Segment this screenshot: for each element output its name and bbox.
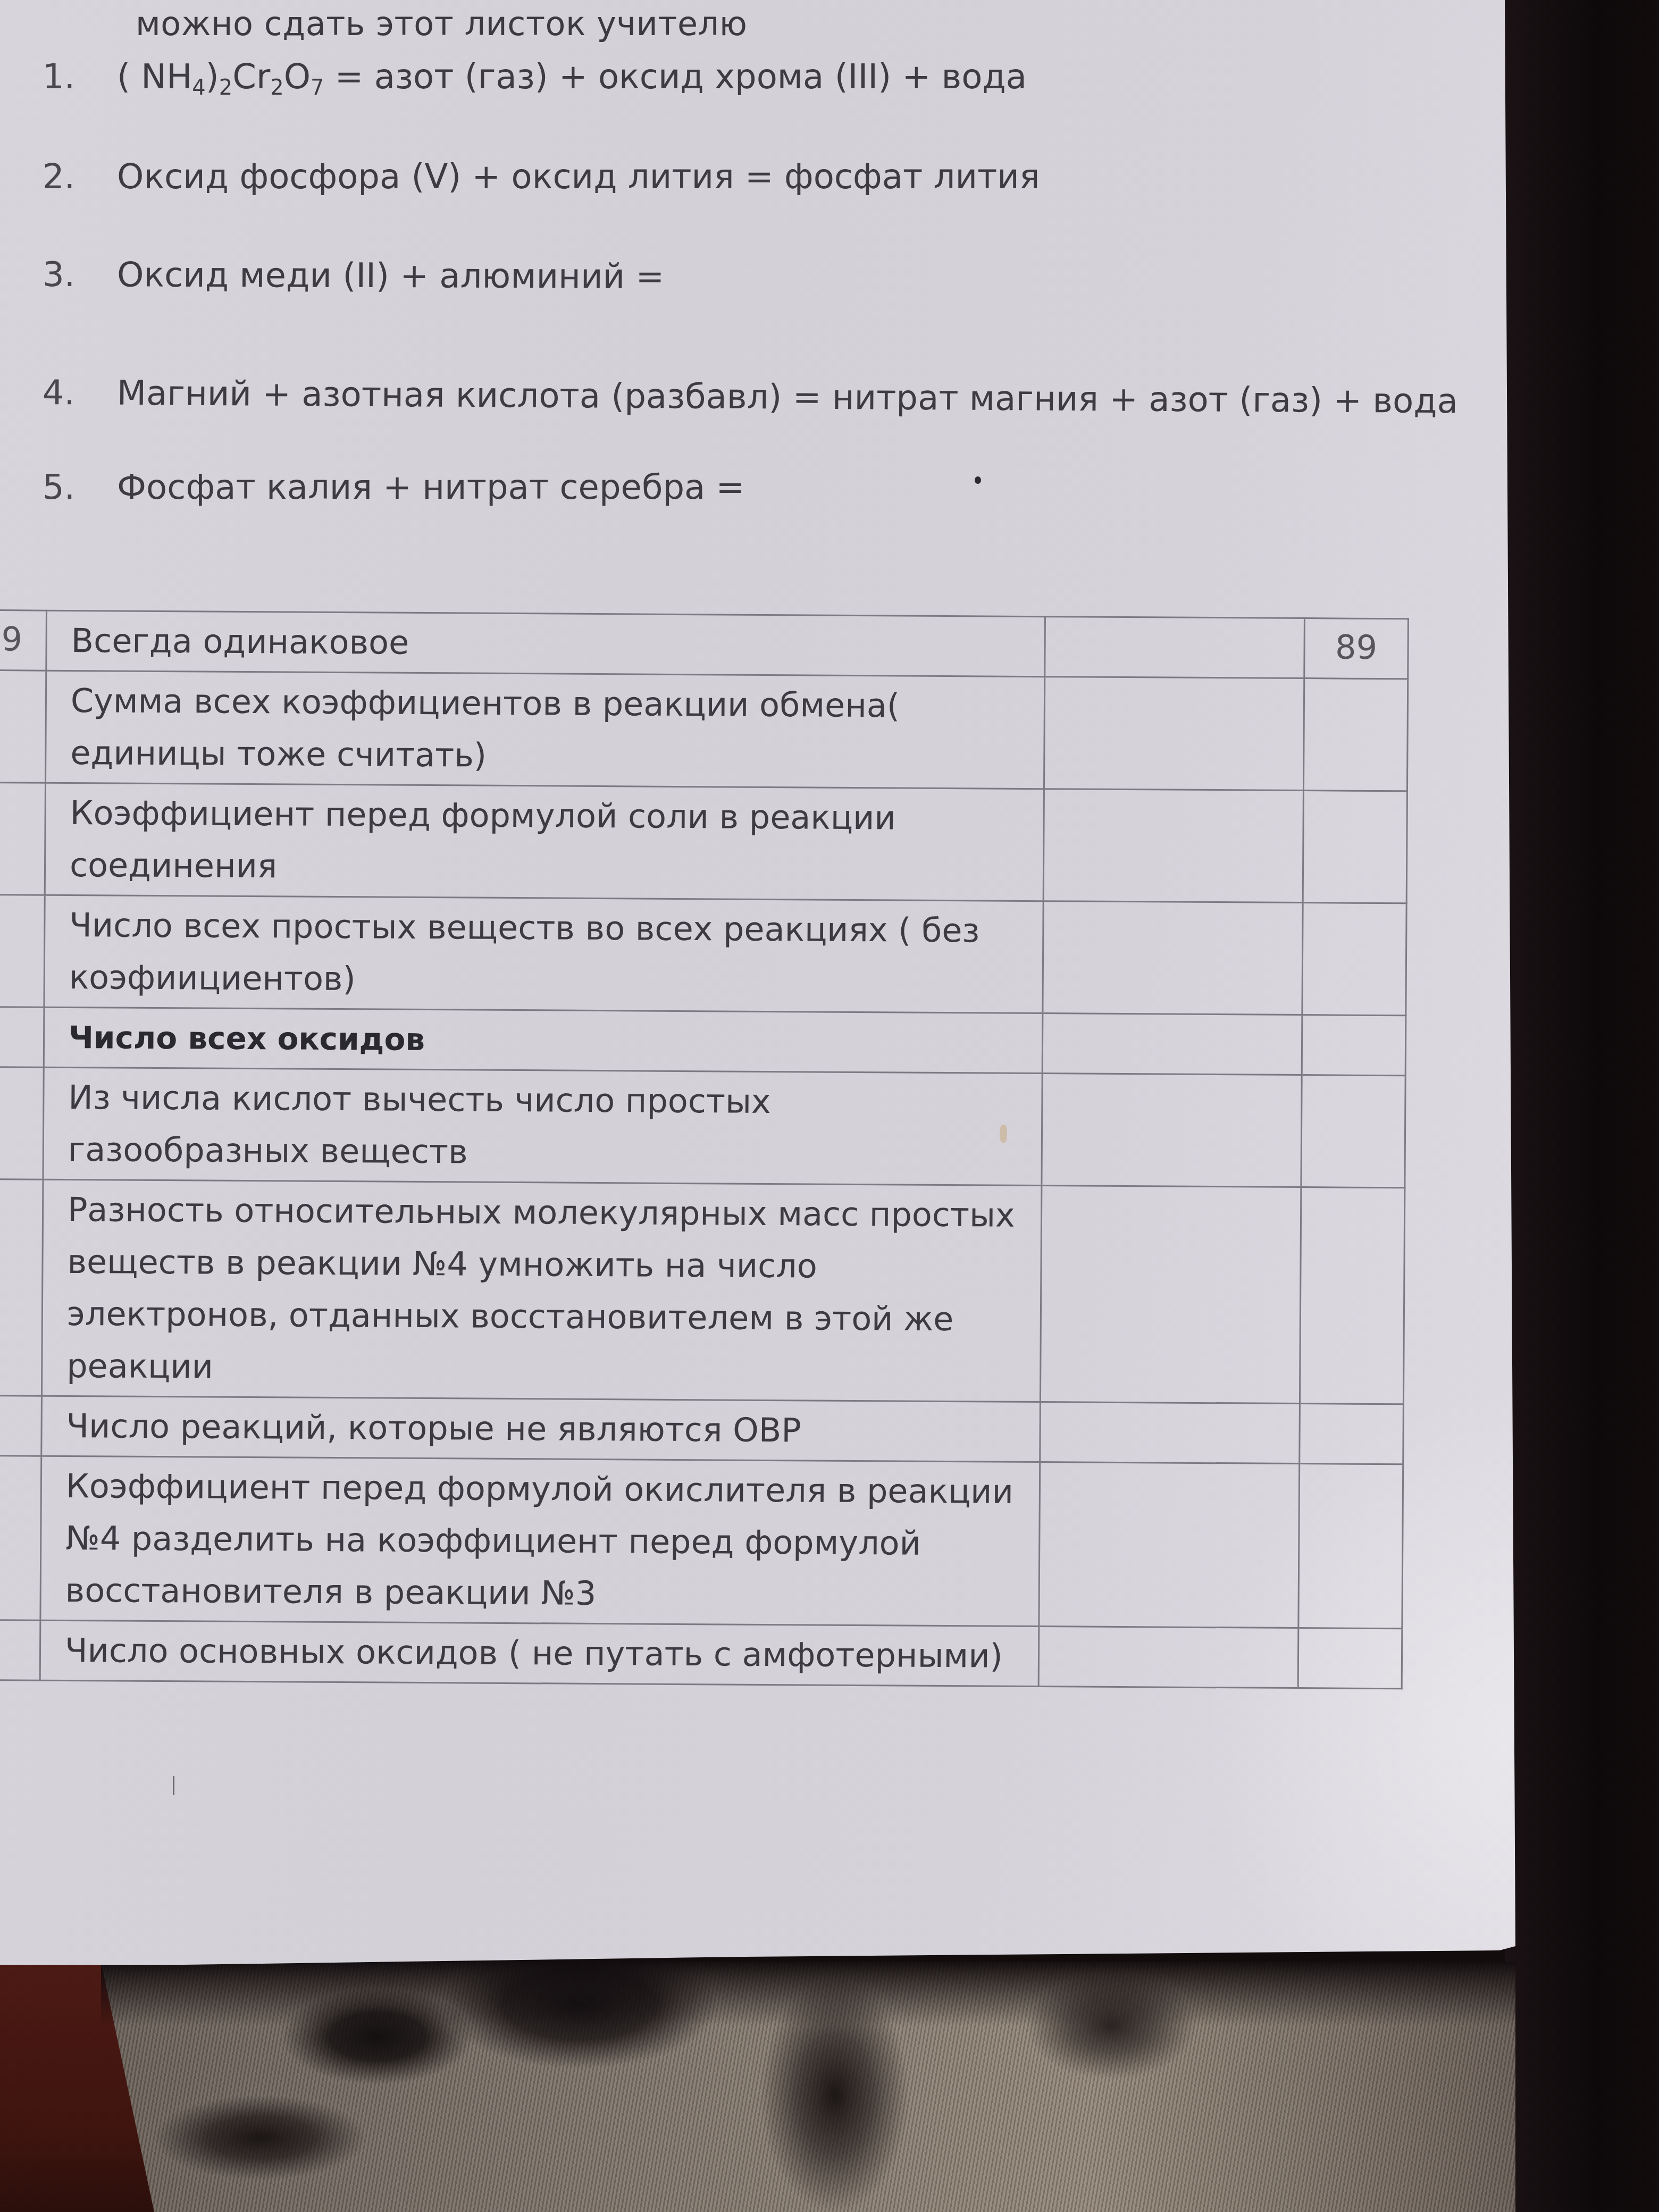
reaction-text: Оксид меди (II) + алюминий = [117, 255, 664, 297]
code-cell [1302, 903, 1406, 1016]
code-cell [1300, 1404, 1404, 1464]
answer-cell[interactable] [1038, 1627, 1298, 1688]
answer-cell[interactable] [1042, 1074, 1302, 1187]
task-cell: Число реакций, которые не являются ОВР [41, 1396, 1041, 1462]
paper-stain [1000, 1125, 1007, 1143]
table-row: Число реакций, которые не являются ОВР [0, 1395, 1403, 1464]
row-index-cell [0, 1179, 43, 1396]
pen-mark [173, 1776, 174, 1795]
answer-cell[interactable] [1039, 1462, 1300, 1628]
reaction-text: = азот (газ) + оксид хрома (III) + вода [324, 57, 1026, 97]
table-row: Сумма всех коэффициентов в реакции обмен… [0, 671, 1408, 791]
task-cell: Число всех оксидов [44, 1007, 1043, 1073]
row-index-cell: 9 [0, 610, 46, 671]
row-index-cell [0, 1395, 41, 1456]
answer-cell[interactable] [1045, 617, 1305, 678]
answer-cell[interactable] [1043, 901, 1303, 1015]
row-index-cell [0, 894, 45, 1007]
row-index-cell [0, 1620, 40, 1680]
code-cell [1303, 678, 1407, 791]
reaction-text: Оксид фосфора (V) + оксид лития = фосфат… [117, 157, 1040, 197]
reaction-text: Фосфат калия + нитрат серебра = [117, 468, 744, 507]
task-cell: Сумма всех коэффициентов в реакции обмен… [46, 671, 1045, 789]
table-row: Число всех оксидов [0, 1007, 1406, 1075]
reaction-5: 5.Фосфат калия + нитрат серебра = [43, 468, 744, 507]
code-cell [1300, 1187, 1404, 1404]
reaction-4: 4.Магний + азотная кислота (разбавл) = н… [43, 373, 1458, 421]
reaction-formula: ( NH4)2Cr2O7 [117, 57, 324, 97]
table-row: Число всех простых веществ во всех реакц… [0, 894, 1406, 1015]
row-index-cell [0, 1067, 44, 1179]
table-row: Коэффициент перед формулой окислителя в … [0, 1455, 1403, 1628]
reaction-number: 5. [43, 468, 117, 507]
dark-background [1505, 0, 1659, 2212]
task-cell: Число основных оксидов ( не путать с амф… [40, 1620, 1039, 1686]
task-cell: Коэффициент перед формулой соли в реакци… [45, 783, 1044, 901]
code-cell [1303, 791, 1407, 903]
task-cell: Коэффициент перед формулой окислителя в … [40, 1456, 1040, 1626]
reaction-text: Магний + азотная кислота (разбавл) = нит… [117, 374, 1458, 421]
task-cell: Число всех простых веществ во всех реакц… [44, 895, 1043, 1013]
table-row: Число основных оксидов ( не путать с амф… [0, 1620, 1402, 1688]
answer-cell[interactable] [1043, 789, 1303, 903]
reaction-number: 2. [43, 157, 117, 197]
answer-cell[interactable] [1042, 1013, 1302, 1075]
table-row: Из числа кислот вычесть число простых га… [0, 1067, 1405, 1187]
table-row: 9Всегда одинаковое89 [0, 610, 1408, 679]
table-row: Разность относительных молекулярных масс… [0, 1179, 1405, 1404]
paper-shadow [101, 1962, 1515, 2026]
code-cell [1298, 1628, 1402, 1689]
answer-cell[interactable] [1044, 677, 1304, 791]
code-cell: 89 [1304, 618, 1409, 679]
reaction-3: 3.Оксид меди (II) + алюминий = [43, 255, 664, 297]
row-index-cell [0, 1455, 41, 1620]
row-index-cell [0, 783, 46, 895]
reaction-number: 3. [43, 255, 117, 295]
answer-cell[interactable] [1040, 1402, 1300, 1464]
code-cell [1301, 1075, 1405, 1188]
reaction-number: 4. [43, 373, 117, 413]
code-cell [1298, 1464, 1403, 1629]
reaction-2: 2.Оксид фосфора (V) + оксид лития = фосф… [43, 157, 1040, 197]
row-index-cell [0, 1007, 44, 1067]
task-cell: Из числа кислот вычесть число простых га… [43, 1067, 1042, 1185]
code-cell [1302, 1015, 1406, 1076]
worksheet-paper: можно сдать этот листок учителю 1.( NH4)… [0, 0, 1515, 1965]
table-row: Коэффициент перед формулой соли в реакци… [0, 783, 1407, 903]
ink-dot [975, 476, 981, 484]
row-index-cell [0, 671, 46, 783]
task-cell: Всегда одинаковое [46, 610, 1045, 676]
answer-cell[interactable] [1040, 1186, 1301, 1404]
header-note: можно сдать этот листок учителю [136, 4, 747, 43]
reaction-number: 1. [43, 57, 117, 97]
reaction-1: 1.( NH4)2Cr2O7 = азот (газ) + оксид хром… [43, 57, 1027, 100]
answer-table: 9Всегда одинаковое89Сумма всех коэффицие… [0, 609, 1409, 1689]
task-cell: Разность относительных молекулярных масс… [41, 1179, 1041, 1402]
